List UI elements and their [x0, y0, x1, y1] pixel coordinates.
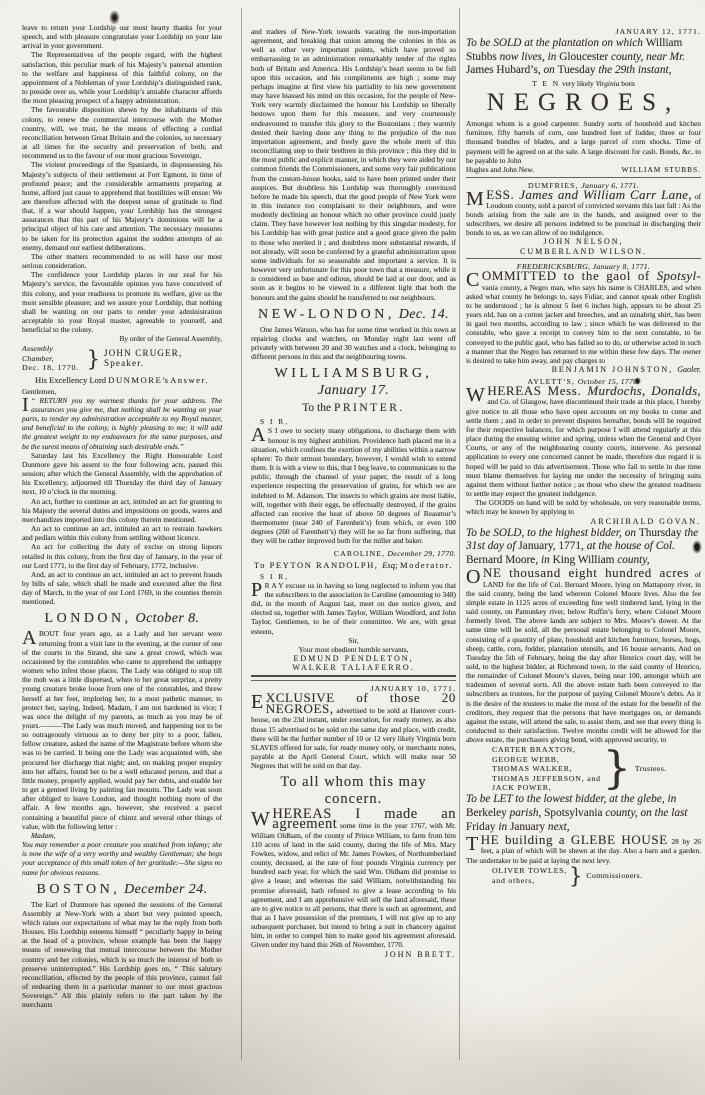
- trustees-list: CARTER BRAXTON,GEORGE WEBB,THOMAS WALKER…: [466, 745, 701, 792]
- committed-notice: COMMITTED to the gaol of Spotsyl-vania c…: [466, 271, 701, 365]
- newspaper-page: leave to return your Lordship our most h…: [0, 0, 705, 1095]
- ink-blot: [692, 540, 702, 554]
- concern-heading: To all whom this may concern.: [251, 774, 456, 808]
- lane-notice: MESS. James and William Carr Lane, of Lo…: [466, 190, 701, 238]
- newspaper-column-left: leave to return your Lordship our most h…: [22, 0, 222, 1010]
- assent-paragraph: Saturday last his Excellency the Right H…: [22, 451, 222, 497]
- london-story: ABOUT four years ago, as a Lady and her …: [22, 629, 222, 830]
- newspaper-column-right: JANUARY 12, 1771.To be SOLD at the plant…: [466, 0, 701, 887]
- signature-name: BENJAMIN JOHNSTON, Gaoler.: [466, 365, 701, 374]
- williamsburg-heading: WILLIAMSBURG, January 17.: [251, 365, 456, 399]
- address-paragraph: The favourable disposition shewn by the …: [22, 105, 222, 160]
- caroline-dateline: CAROLINE, December 29, 1770.: [251, 549, 456, 558]
- dunmore-answer-heading: His Excellency Lord DUNMORE’s Answer.: [22, 375, 222, 386]
- closing-line: Your most obedient humble servants,: [251, 645, 456, 654]
- moore-ad-heading: To be SOLD, to the highest bidder, on Th…: [466, 527, 701, 568]
- moore-estate-notice: ONE thousand eight hundred acres of LAND…: [466, 568, 701, 744]
- salutation: Gentlemen,: [22, 387, 222, 396]
- section-rule: [466, 258, 701, 259]
- ornament-rule: [251, 675, 456, 681]
- new-london-heading: NEW-LONDON, Dec. 14.: [251, 306, 456, 323]
- column-divider: [459, 8, 460, 1060]
- letter-salutation: Madam,: [22, 831, 222, 840]
- letter-body: You may remember a poor creature you sna…: [22, 840, 222, 877]
- address-paragraph: The other matters recommended to us will…: [22, 252, 222, 270]
- grain-letter: AS I owe to society many obligations, to…: [251, 426, 456, 545]
- brace-glyph: }: [87, 349, 100, 369]
- act-paragraph: An act for collecting the duty of excise…: [22, 542, 222, 569]
- signature-name: CUMBERLAND WILSON.: [466, 247, 701, 256]
- oldham-notice: WHEREAS I made an agreement some time in…: [251, 810, 456, 949]
- closing-sir: Sir,: [251, 636, 456, 645]
- assembly-signature: Assembly Chamber,Dec. 18, 1770.}JOHN CRU…: [22, 344, 222, 372]
- ink-blot: [634, 377, 641, 385]
- act-paragraph: An act, further to continue an act, inti…: [22, 497, 222, 524]
- slave-sale-notice: EXCLUSIVE of those 20 NEGROES, advertise…: [251, 693, 456, 770]
- ten-negroes-line: T E N very likely Virginia born: [466, 79, 701, 88]
- by-order-line: By order of the General Assembly,: [22, 334, 222, 343]
- signature-name: WALKER TALIAFERRO.: [251, 663, 456, 672]
- boston-story: The Earl of Dunmore has opened the sessi…: [22, 900, 222, 1010]
- newspaper-column-middle: and traders of New-York towards vacating…: [251, 0, 456, 959]
- address-paragraph: The Representatives of the people regard…: [22, 50, 222, 105]
- signature-name: ARCHIBALD GOVAN.: [466, 517, 701, 526]
- address-paragraph: The confidence your Lordship places in o…: [22, 270, 222, 334]
- dunmore-quote: I“ RETURN you my warmest thanks for your…: [22, 396, 222, 451]
- signature-name: EDMUND PENDLETON,: [251, 654, 456, 663]
- stubbs-ad-heading: To be SOLD at the plantation on which Wi…: [466, 37, 701, 78]
- sir-line: S I R,: [251, 572, 456, 581]
- brace-glyph: }: [603, 747, 631, 791]
- commissioners-list: OLIVER TOWLES,and others,}Commissioners.: [466, 866, 701, 886]
- boston-heading: BOSTON, December 24.: [22, 881, 222, 898]
- stubbs-dateline: JANUARY 12, 1771.: [466, 27, 701, 36]
- brace-glyph: }: [569, 866, 582, 886]
- boston-story-continuation: and traders of New-York towards vacating…: [251, 27, 456, 302]
- glebe-notice: THE building a GLEBE HOUSE 28 by 26 feet…: [466, 835, 701, 864]
- column-divider: [241, 8, 242, 1060]
- glebe-ad-heading: To be LET to the lowest bidder, at the g…: [466, 793, 701, 834]
- section-rule: [466, 177, 701, 178]
- stubbs-ad-body: Amongst whom is a good carpenter. Sundry…: [466, 119, 701, 165]
- act-paragraph: And, an act to continue an act, intitule…: [22, 570, 222, 607]
- goods-paragraph: The GOODS on hand will be sold by wholes…: [466, 498, 701, 516]
- randolph-heading: To PEYTON RANDOLPH, Esq; Moderator.: [251, 560, 456, 571]
- signature-name: JOHN NELSON,: [466, 237, 701, 246]
- stubbs-signature-row: Hughes and John New.WILLIAM STUBBS.: [466, 165, 701, 174]
- london-heading: LONDON, October 8.: [22, 610, 222, 627]
- address-paragraph: The violent proceedings of the Spaniards…: [22, 160, 222, 252]
- murdochs-notice: WHEREAS Mess. Murdochs, Donalds, and Co.…: [466, 386, 701, 498]
- caroline-letter: PR A Y excuse us in having so long negle…: [251, 581, 456, 636]
- printer-heading: To the PRINTER.: [251, 401, 456, 415]
- negroes-display: NEGROES,: [466, 89, 701, 117]
- act-paragraph: An act to continue an act, intituled an …: [22, 524, 222, 542]
- signature-name: JOHN BRETT.: [251, 950, 456, 959]
- ink-blot: [109, 10, 120, 25]
- new-london-story: One James Watson, who has for some time …: [251, 325, 456, 362]
- address-continuation: leave to return your Lordship our most h…: [22, 23, 222, 50]
